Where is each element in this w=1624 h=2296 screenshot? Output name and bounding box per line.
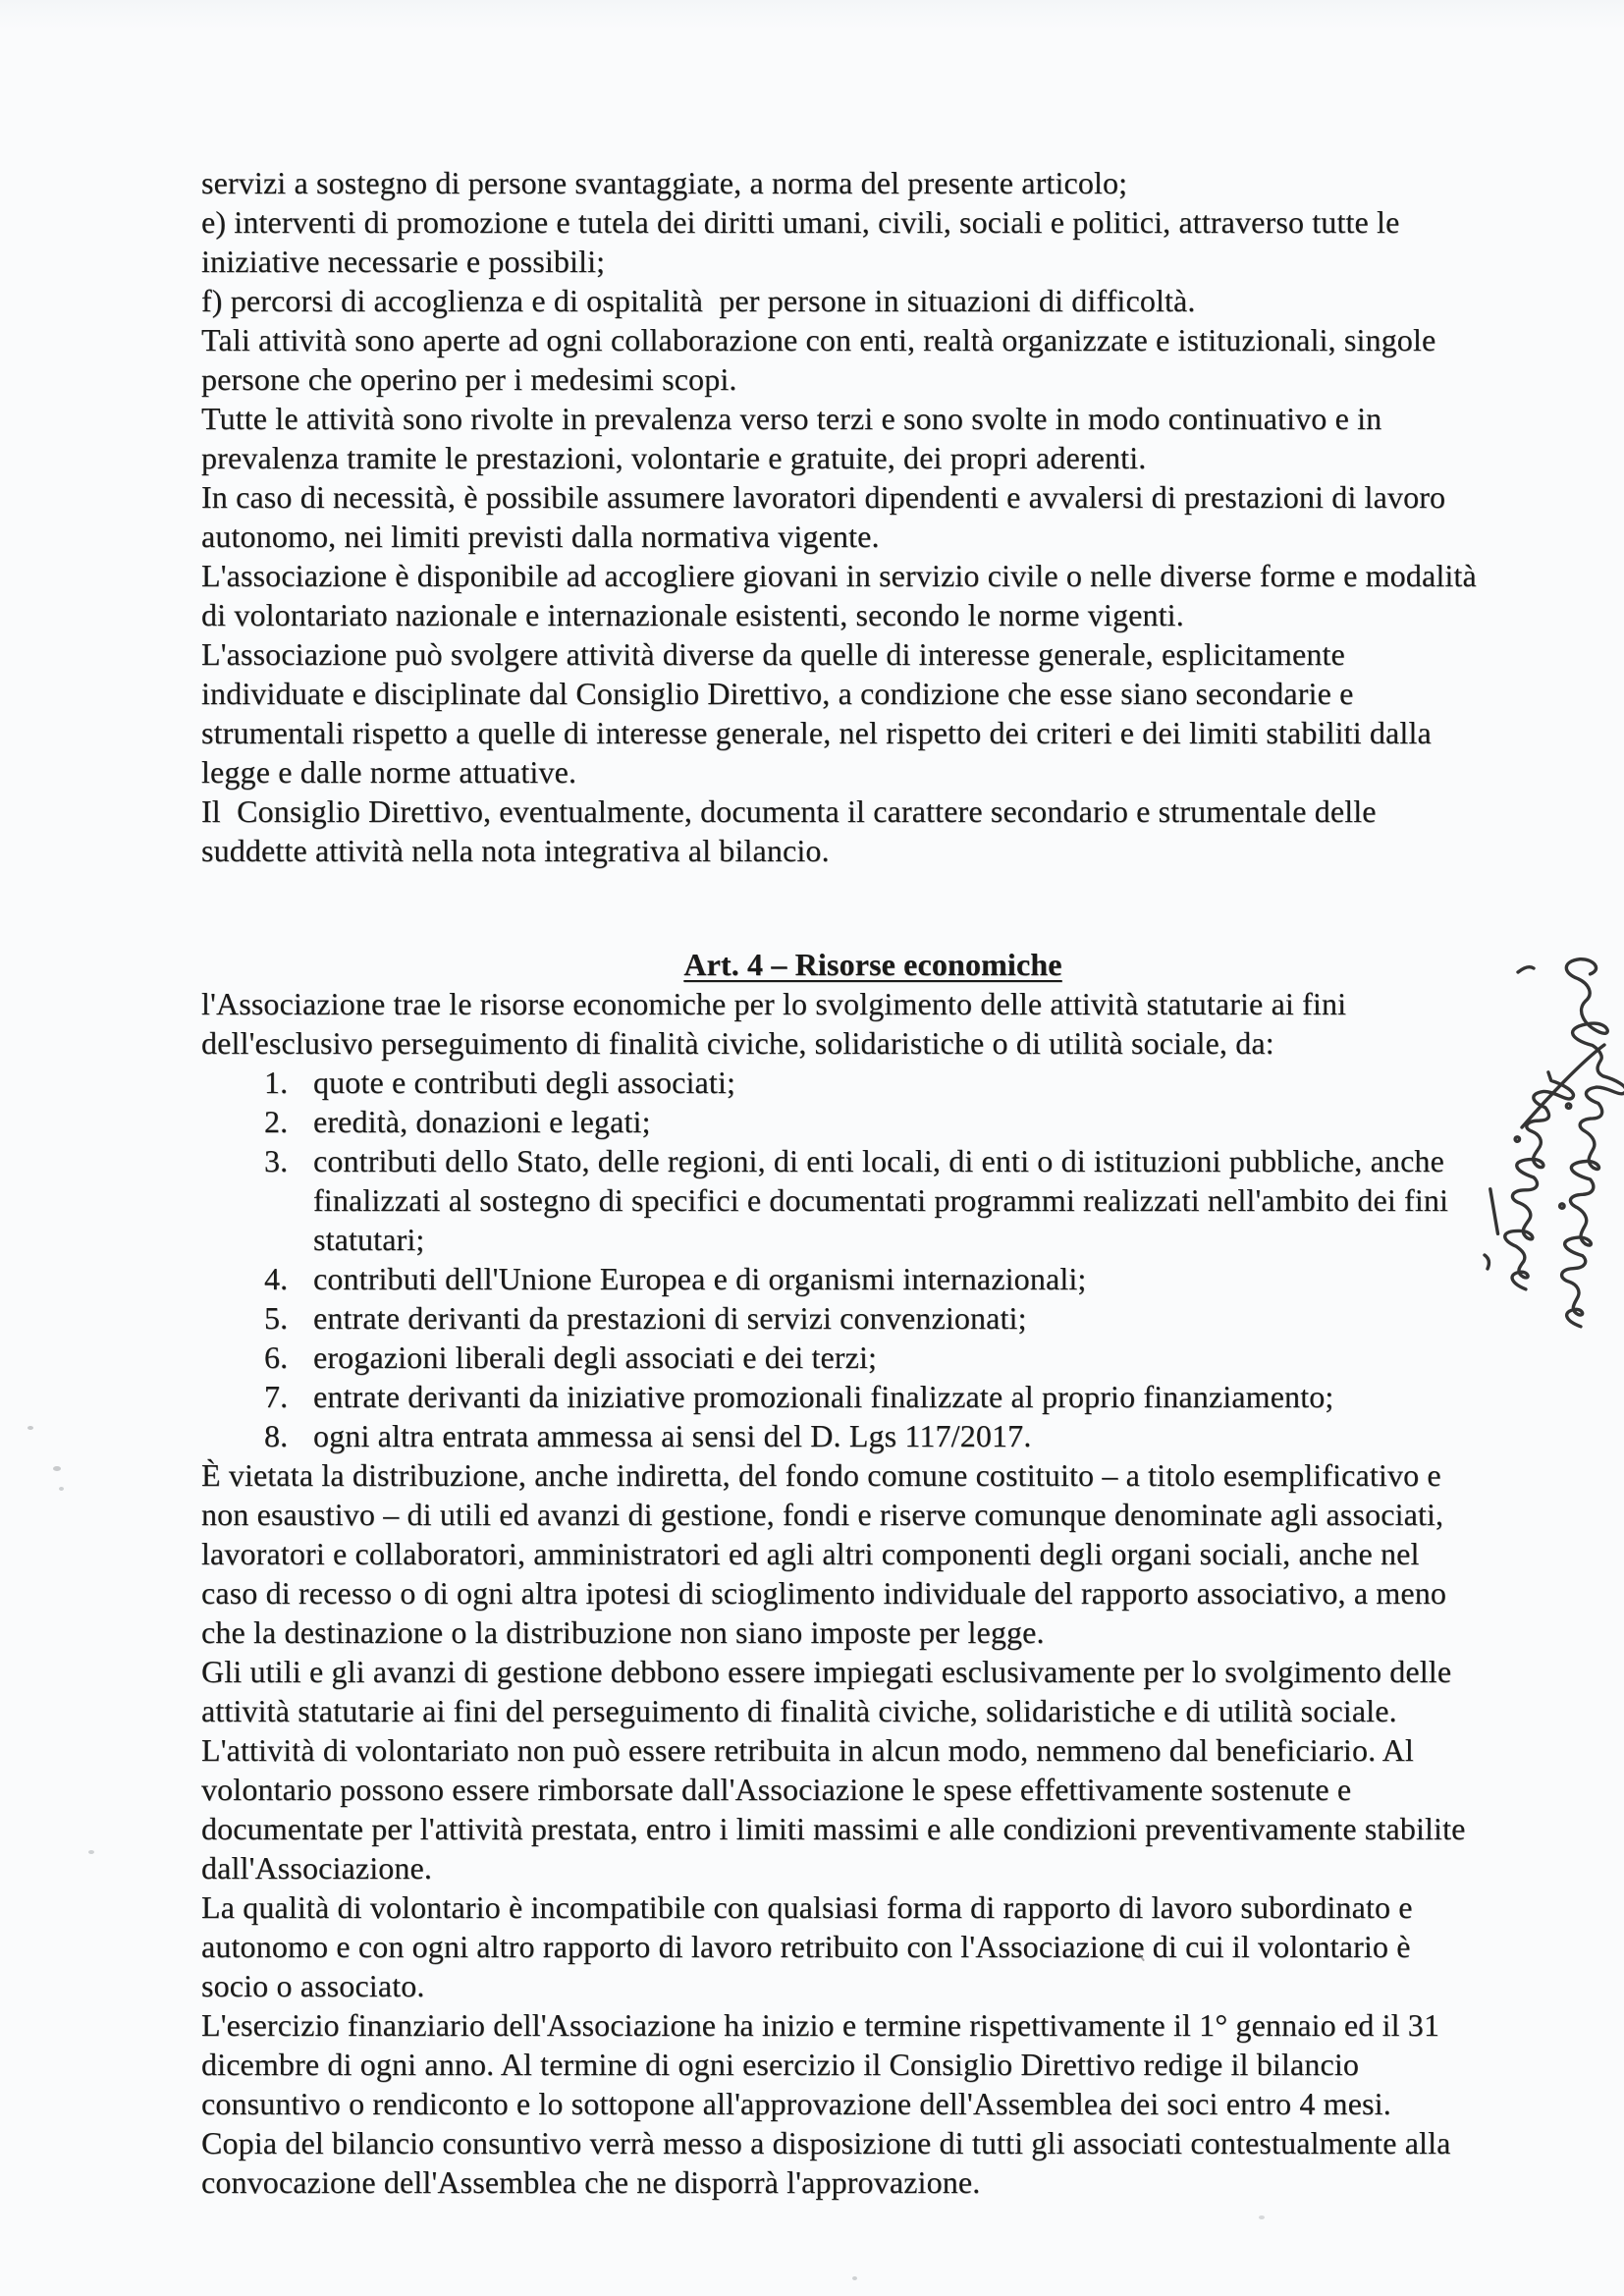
- text-line: L'associazione può svolgere attività div…: [201, 634, 1544, 674]
- text-line: caso di recesso o di ogni altra ipotesi …: [201, 1573, 1544, 1613]
- text-line: l'Associazione trae le risorse economich…: [201, 984, 1544, 1023]
- text-line: Tali attività sono aperte ad ogni collab…: [201, 320, 1544, 359]
- text-line: persone che operino per i medesimi scopi…: [201, 359, 1544, 399]
- scan-speck: [53, 1466, 61, 1471]
- text-line: non esaustivo – di utili ed avanzi di ge…: [201, 1495, 1544, 1534]
- text-line: attività statutarie ai fini del persegui…: [201, 1691, 1544, 1730]
- text-line: legge e dalle norme attuative.: [201, 752, 1544, 792]
- text-line: e) interventi di promozione e tutela dei…: [201, 202, 1544, 242]
- list-number: 1.: [264, 1063, 313, 1102]
- list-text: erogazioni liberali degli associati e de…: [313, 1339, 877, 1375]
- text-line: individuate e disciplinate dal Consiglio…: [201, 674, 1544, 713]
- text-line: finalizzati al sostegno di specifici e d…: [201, 1180, 1544, 1220]
- text-line: 7.entrate derivanti da iniziative promoz…: [201, 1377, 1544, 1416]
- text-line: socio o associato.: [201, 1966, 1544, 2005]
- text-line: iniziative necessarie e possibili;: [201, 242, 1544, 281]
- text-line: consuntivo o rendiconto e lo sottopone a…: [201, 2084, 1544, 2123]
- list-text: eredità, donazioni e legati;: [313, 1104, 651, 1139]
- text-line: 5.entrate derivanti da prestazioni di se…: [201, 1298, 1544, 1338]
- text-line: 1.quote e contributi degli associati;: [201, 1063, 1544, 1102]
- scan-speck: [852, 2276, 857, 2280]
- text-line: Tutte le attività sono rivolte in preval…: [201, 399, 1544, 438]
- list-number: 3.: [264, 1141, 313, 1180]
- text-line: statutari;: [201, 1220, 1544, 1259]
- list-number: 6.: [264, 1338, 313, 1377]
- text-line: convocazione dell'Assemblea che ne dispo…: [201, 2162, 1544, 2202]
- text-line: suddette attività nella nota integrativa…: [201, 831, 1544, 870]
- text-line: di volontariato nazionale e internaziona…: [201, 595, 1544, 634]
- text-line: dicembre di ogni anno. Al termine di ogn…: [201, 2045, 1544, 2084]
- text-line: 8.ogni altra entrata ammessa ai sensi de…: [201, 1416, 1544, 1455]
- text-line: che la destinazione o la distribuzione n…: [201, 1613, 1544, 1652]
- list-text: ogni altra entrata ammessa ai sensi del …: [313, 1418, 1031, 1453]
- text-line: prevalenza tramite le prestazioni, volon…: [201, 438, 1544, 477]
- scan-speck: [88, 1850, 94, 1854]
- text-line: L'associazione è disponibile ad accoglie…: [201, 556, 1544, 595]
- text-line: L'attività di volontariato non può esser…: [201, 1730, 1544, 1770]
- list-text: contributi dell'Unione Europea e di orga…: [313, 1261, 1086, 1296]
- text-line: f) percorsi di accoglienza e di ospitali…: [201, 281, 1544, 320]
- list-text: entrate derivanti da iniziative promozio…: [313, 1379, 1333, 1414]
- list-text: entrate derivanti da prestazioni di serv…: [313, 1300, 1027, 1336]
- scan-speck: [59, 1487, 64, 1491]
- text-line: 4.contributi dell'Unione Europea e di or…: [201, 1259, 1544, 1298]
- text-line: autonomo, nei limiti previsti dalla norm…: [201, 517, 1544, 556]
- text-line: Gli utili e gli avanzi di gestione debbo…: [201, 1652, 1544, 1691]
- text-line: strumentali rispetto a quelle di interes…: [201, 713, 1544, 752]
- text-line: Il Consiglio Direttivo, eventualmente, d…: [201, 792, 1544, 831]
- text-line: In caso di necessità, è possibile assume…: [201, 477, 1544, 517]
- text-line: 2.eredità, donazioni e legati;: [201, 1102, 1544, 1141]
- handwritten-signature: [1479, 909, 1624, 1391]
- text-line: dell'esclusivo perseguimento di finalità…: [201, 1023, 1544, 1063]
- text-line: autonomo e con ogni altro rapporto di la…: [201, 1927, 1544, 1966]
- text-line: servizi a sostegno di persone svantaggia…: [201, 163, 1544, 202]
- list-text: quote e contributi degli associati;: [313, 1065, 735, 1100]
- scan-speck: [27, 1426, 33, 1430]
- list-number: 7.: [264, 1377, 313, 1416]
- list-number: 8.: [264, 1416, 313, 1455]
- article-heading-text: Art. 4 – Risorse economiche: [683, 947, 1061, 982]
- text-line: documentate per l'attività prestata, ent…: [201, 1809, 1544, 1848]
- scanned-statute-page: { "page": { "background": "#fafbfc", "in…: [0, 0, 1624, 2296]
- list-number: 5.: [264, 1298, 313, 1338]
- text-line: È vietata la distribuzione, anche indire…: [201, 1455, 1544, 1495]
- text-line: volontario possono essere rimborsate dal…: [201, 1770, 1544, 1809]
- text-line: L'esercizio finanziario dell'Associazion…: [201, 2005, 1544, 2045]
- signature-strokes: [1479, 909, 1624, 1391]
- list-number: 4.: [264, 1259, 313, 1298]
- list-number: 2.: [264, 1102, 313, 1141]
- list-text: contributi dello Stato, delle regioni, d…: [313, 1143, 1444, 1178]
- article-heading: Art. 4 – Risorse economiche: [201, 945, 1544, 984]
- document-text: servizi a sostegno di persone svantaggia…: [201, 163, 1544, 2202]
- text-line: Copia del bilancio consuntivo verrà mess…: [201, 2123, 1544, 2162]
- scan-speck: [1259, 2215, 1265, 2219]
- text-line: 3.contributi dello Stato, delle regioni,…: [201, 1141, 1544, 1180]
- text-line: lavoratori e collaboratori, amministrato…: [201, 1534, 1544, 1573]
- text-line: La qualità di volontario è incompatibile…: [201, 1887, 1544, 1927]
- text-line: 6.erogazioni liberali degli associati e …: [201, 1338, 1544, 1377]
- text-line: dall'Associazione.: [201, 1848, 1544, 1887]
